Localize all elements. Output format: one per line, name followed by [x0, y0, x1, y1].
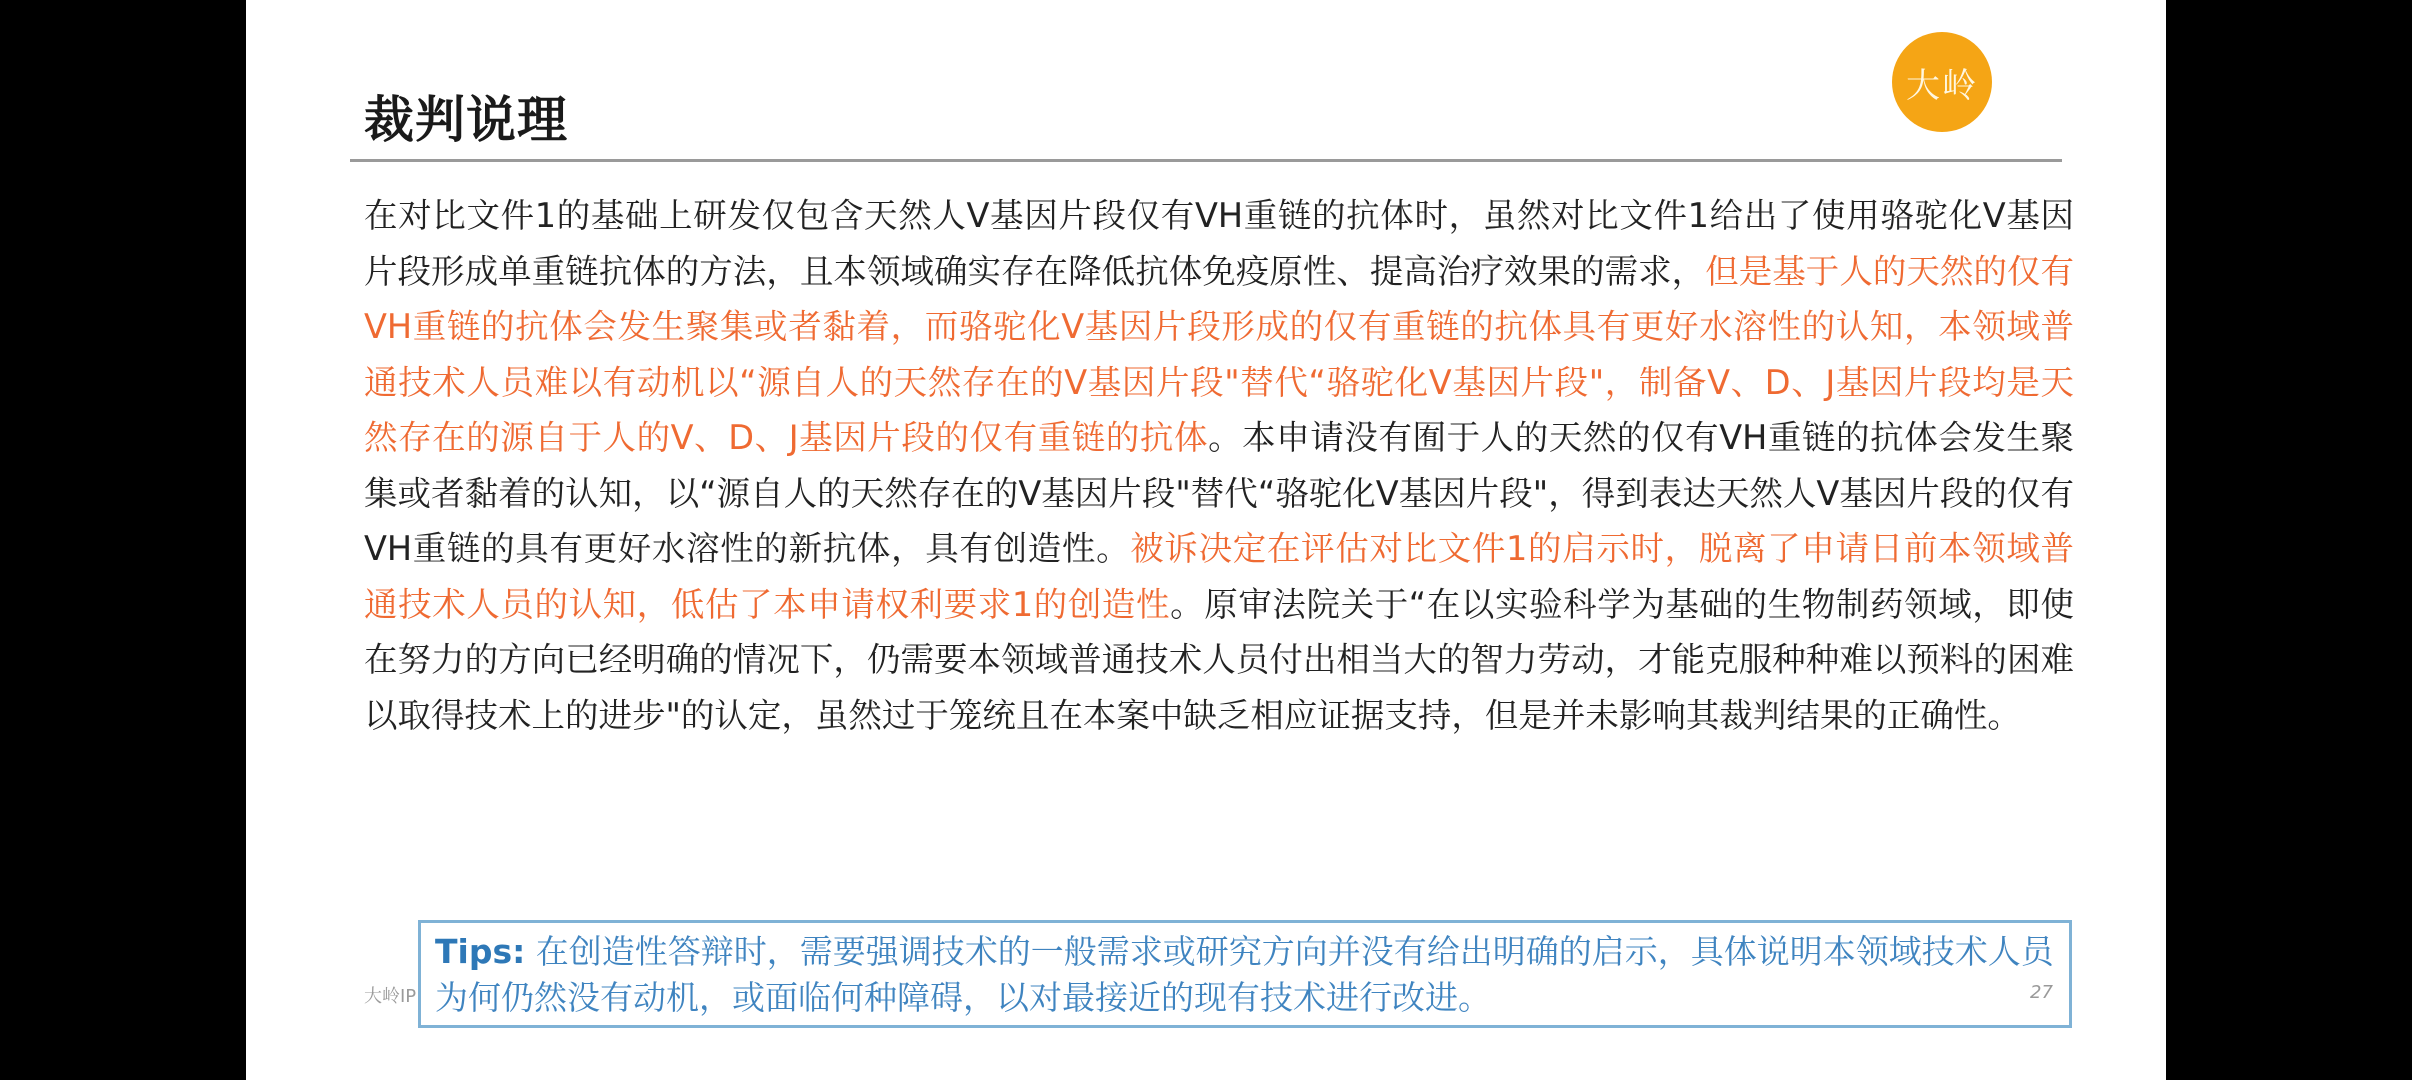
- tips-label: Tips:: [435, 932, 525, 971]
- tips-text: 在创造性答辩时，需要强调技术的一般需求或研究方向并没有给出明确的启示，具体说明本…: [435, 932, 2054, 1017]
- footer-brand: 大岭IP: [364, 982, 416, 1008]
- presentation-slide: 裁判说理 大岭 在对比文件1的基础上研发仅包含天然人V基因片段仅有VH重链的抗体…: [246, 0, 2166, 1080]
- slide-title: 裁判说理: [364, 88, 568, 152]
- screen: 裁判说理 大岭 在对比文件1的基础上研发仅包含天然人V基因片段仅有VH重链的抗体…: [0, 0, 2412, 1080]
- judgment-reasoning-text: 在对比文件1的基础上研发仅包含天然人V基因片段仅有VH重链的抗体时，虽然对比文件…: [364, 188, 2074, 743]
- logo-text: 大岭: [1906, 58, 1978, 107]
- brand-logo-icon: 大岭: [1892, 32, 1992, 132]
- tips-box: Tips: 在创造性答辩时，需要强调技术的一般需求或研究方向并没有给出明确的启示…: [418, 920, 2072, 1028]
- title-divider: [350, 159, 2062, 162]
- page-number: 27: [2030, 982, 2053, 1003]
